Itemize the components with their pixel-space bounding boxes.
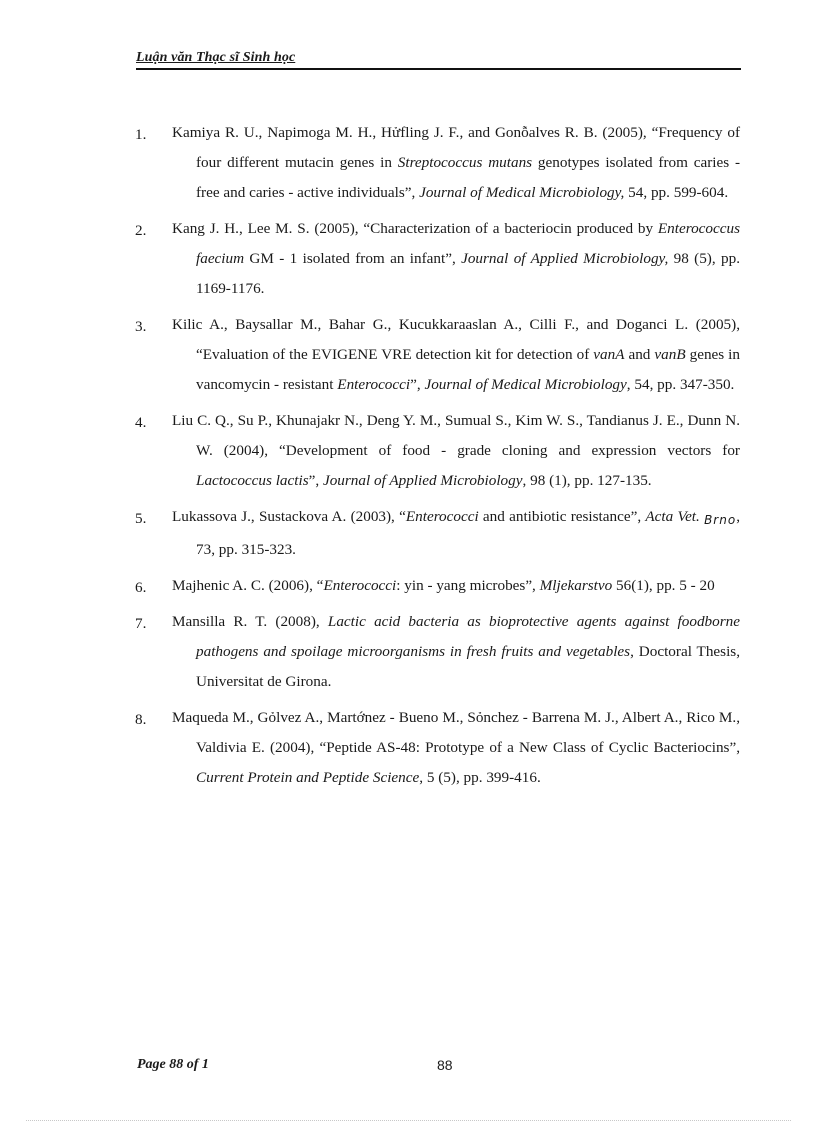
reference-number: 6.: [135, 573, 165, 603]
reference-number: 3.: [135, 312, 165, 342]
text-run: ”,: [309, 472, 323, 489]
footer-page-label: Page 88 of 1: [137, 1057, 209, 1073]
italic-text-run: Journal of Applied Microbiology: [323, 472, 523, 489]
reference-text: Kang J. H., Lee M. S. (2005), “Character…: [172, 214, 740, 304]
reference-number: 2.: [135, 216, 165, 246]
italic-text-run: Lactococcus lactis: [196, 472, 309, 489]
italic-text-run: vanA: [593, 346, 624, 363]
footer-page-number: 88: [437, 1057, 453, 1073]
italic-text-run: Current Protein and Peptide Science: [196, 769, 419, 786]
text-run: Mansilla R. T. (2008),: [172, 613, 328, 630]
reference-text: Liu C. Q., Su P., Khunajakr N., Deng Y. …: [172, 406, 740, 496]
reference-text: Mansilla R. T. (2008), Lactic acid bacte…: [172, 607, 740, 697]
text-run: Kang J. H., Lee M. S. (2005), “Character…: [172, 220, 658, 237]
text-run: 54, pp. 599-604.: [624, 184, 728, 201]
text-run: Lukassova J., Sustackova A. (2003), “: [172, 508, 406, 525]
reference-item: 4. Liu C. Q., Su P., Khunajakr N., Deng …: [135, 406, 740, 496]
reference-item: 6. Majhenic A. C. (2006), “Enterococci: …: [135, 571, 740, 601]
text-run: : yin - yang microbes”,: [396, 577, 539, 594]
reference-number: 1.: [135, 120, 165, 150]
italic-text-run: Enterococci: [323, 577, 396, 594]
reference-list: 1. Kamiya R. U., Napimoga M. H., Hửfling…: [135, 118, 740, 799]
italic-text-run: Journal of Medical Microbiology,: [419, 184, 624, 201]
text-run: Majhenic A. C. (2006), “: [172, 577, 323, 594]
italic-text-run: Streptococcus mutans: [398, 154, 532, 171]
text-run: Liu C. Q., Su P., Khunajakr N., Deng Y. …: [172, 412, 740, 459]
reference-text: Lukassova J., Sustackova A. (2003), “Ent…: [172, 502, 740, 565]
text-run: 56(1), pp. 5 - 20: [612, 577, 715, 594]
text-run: ”,: [410, 376, 424, 393]
italic-text-run: Acta Vet.: [645, 508, 704, 525]
reference-text: Kilic A., Baysallar M., Bahar G., Kucukk…: [172, 310, 740, 400]
header-title: Luận văn Thạc sĩ Sinh học: [136, 50, 295, 66]
text-run: and: [624, 346, 654, 363]
italic-text-run: Brno: [704, 513, 736, 527]
text-run: GM - 1 isolated from an infant”,: [244, 250, 461, 267]
page-boundary-divider: [26, 1120, 791, 1121]
reference-text: Majhenic A. C. (2006), “Enterococci: yin…: [172, 571, 740, 601]
italic-text-run: Enterococci: [337, 376, 410, 393]
reference-item: 5. Lukassova J., Sustackova A. (2003), “…: [135, 502, 740, 565]
italic-text-run: Enterococci: [406, 508, 479, 525]
italic-text-run: Mljekarstvo: [540, 577, 613, 594]
reference-item: 8. Maqueda M., Gỏlvez A., Martớnez - Bue…: [135, 703, 740, 793]
text-run: , 54, pp. 347-350.: [627, 376, 735, 393]
reference-number: 5.: [135, 504, 165, 534]
italic-text-run: vanB: [654, 346, 685, 363]
reference-item: 1. Kamiya R. U., Napimoga M. H., Hửfling…: [135, 118, 740, 208]
italic-text-run: Journal of Applied Microbiology,: [461, 250, 668, 267]
reference-text: Kamiya R. U., Napimoga M. H., Hửfling J.…: [172, 118, 740, 208]
text-run: and antibiotic resistance”,: [479, 508, 646, 525]
reference-item: 2. Kang J. H., Lee M. S. (2005), “Charac…: [135, 214, 740, 304]
reference-item: 7. Mansilla R. T. (2008), Lactic acid ba…: [135, 607, 740, 697]
reference-number: 4.: [135, 408, 165, 438]
text-run: , 98 (1), pp. 127-135.: [523, 472, 652, 489]
reference-number: 8.: [135, 705, 165, 735]
reference-item: 3. Kilic A., Baysallar M., Bahar G., Kuc…: [135, 310, 740, 400]
italic-text-run: Journal of Medical Microbiology: [424, 376, 626, 393]
running-header: Luận văn Thạc sĩ Sinh học: [136, 50, 741, 70]
text-run: , 5 (5), pp. 399-416.: [419, 769, 541, 786]
text-run: Maqueda M., Gỏlvez A., Martớnez - Bueno …: [172, 709, 740, 756]
reference-text: Maqueda M., Gỏlvez A., Martớnez - Bueno …: [172, 703, 740, 793]
reference-number: 7.: [135, 609, 165, 639]
